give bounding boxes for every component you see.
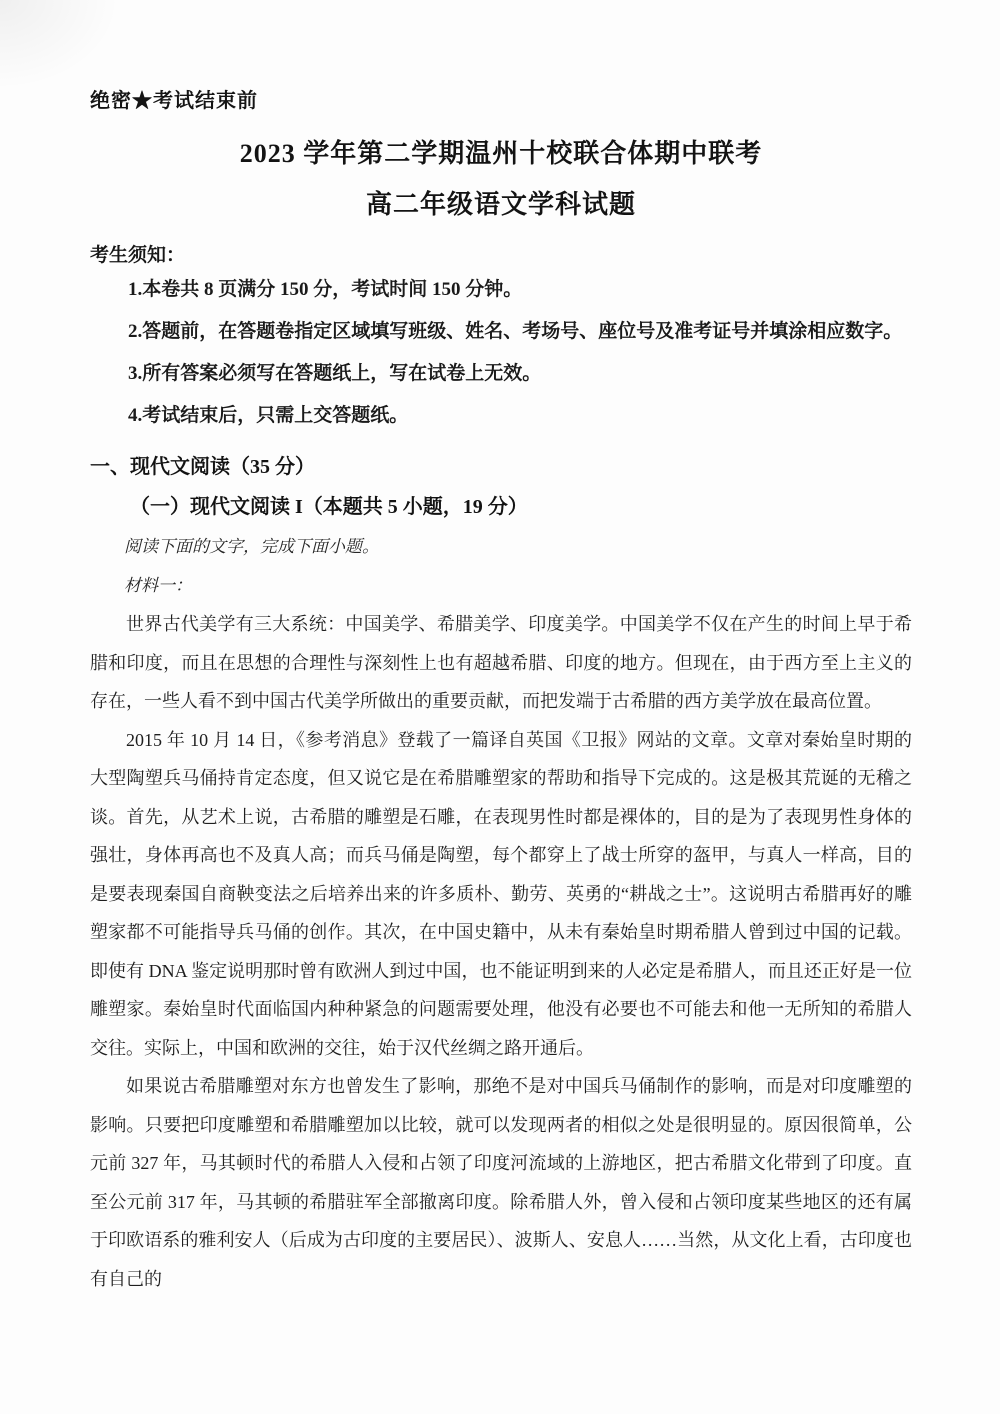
security-classification-label: 绝密★考试结束前 [90,84,912,113]
scan-corner-shade [0,0,120,90]
material-paragraph-1: 世界古代美学有三大系统：中国美学、希腊美学、印度美学。中国美学不仅在产生的时间上… [90,605,912,721]
exam-paper-page: 绝密★考试结束前 2023 学年第二学期温州十校联合体期中联考 高二年级语文学科… [0,0,1000,1414]
reading-instruction: 阅读下面的文字，完成下面小题。 [90,527,912,567]
modern-text-reading-section: 一、现代文阅读（35 分） （一）现代文阅读 I（本题共 5 小题，19 分） … [90,447,912,1298]
notice-item-1: 1.本卷共 8 页满分 150 分，考试时间 150 分钟。 [90,269,912,311]
notice-heading: 考生须知： [90,243,912,269]
material-paragraph-3: 如果说古希腊雕塑对东方也曾发生了影响，那绝不是对中国兵马俑制作的影响，而是对印度… [90,1067,912,1298]
notice-item-4: 4.考试结束后，只需上交答题纸。 [90,395,912,437]
notice-item-3: 3.所有答案必须写在答题纸上，写在试卷上无效。 [90,353,912,395]
material-one-label: 材料一： [90,567,912,605]
candidate-notice-block: 考生须知： 1.本卷共 8 页满分 150 分，考试时间 150 分钟。 2.答… [90,243,912,437]
exam-title: 2023 学年第二学期温州十校联合体期中联考 [90,139,912,169]
exam-subtitle: 高二年级语文学科试题 [90,190,912,220]
notice-item-2: 2.答题前，在答题卷指定区域填写班级、姓名、考场号、座位号及准考证号并填涂相应数… [90,311,912,353]
section-heading: 一、现代文阅读（35 分） [90,447,912,487]
material-paragraph-2: 2015 年 10 月 14 日，《参考消息》登载了一篇译自英国《卫报》网站的文… [90,721,912,1068]
subsection-heading: （一）现代文阅读 I（本题共 5 小题，19 分） [90,487,912,527]
